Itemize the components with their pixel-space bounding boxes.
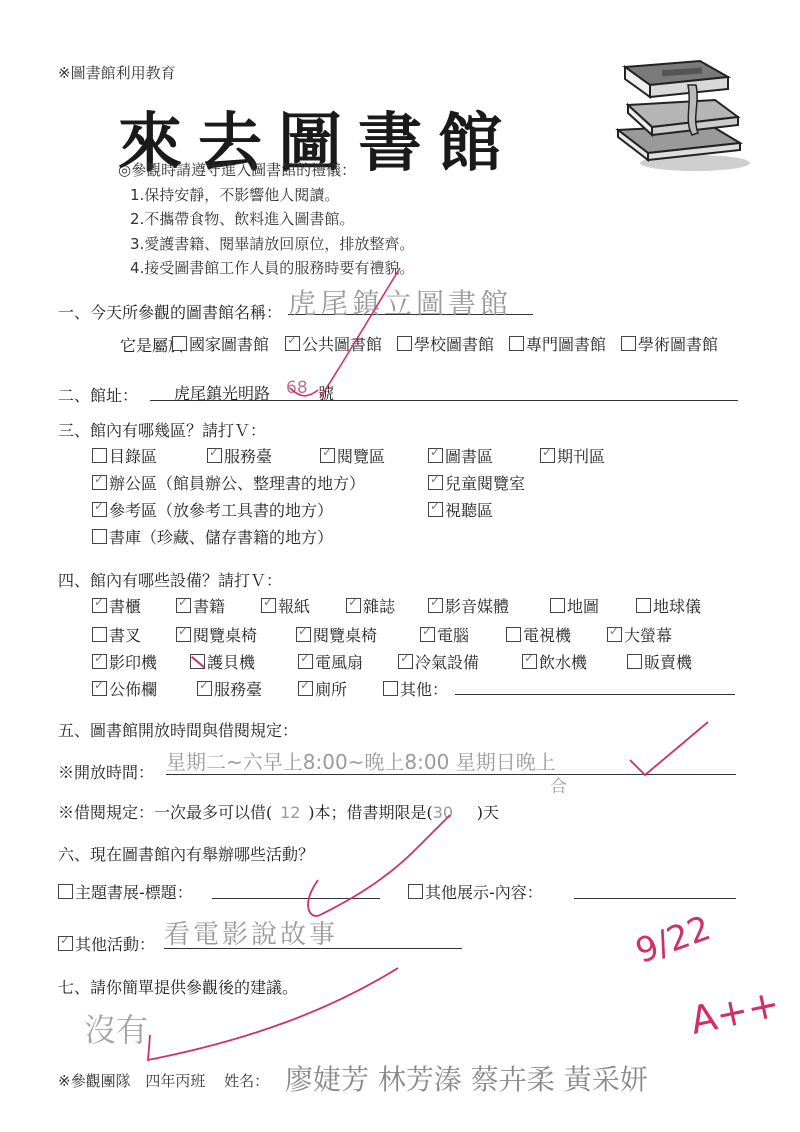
checkbox-checked[interactable] [428, 475, 443, 490]
q4-label: 四、館內有哪些設備？請打Ｖ： [58, 568, 282, 591]
checkbox-checked[interactable] [92, 502, 107, 517]
equip-maps[interactable]: 地圖 [550, 594, 599, 617]
loan-max-books-field[interactable]: 12 [272, 803, 308, 822]
checkbox-checked[interactable] [428, 448, 443, 463]
area-service-desk[interactable]: 服務臺 [207, 444, 272, 467]
equip-air-conditioning[interactable]: 冷氣設備 [398, 650, 479, 673]
equip-service-desk[interactable]: 服務臺 [197, 677, 262, 700]
equip-copier[interactable]: 影印機 [92, 650, 157, 673]
equip-media[interactable]: 影音媒體 [428, 594, 509, 617]
checkbox-checked[interactable] [207, 448, 222, 463]
suggestion-answer[interactable]: 沒有 [84, 1005, 148, 1051]
checkbox-checked[interactable] [398, 654, 413, 669]
type-national[interactable]: 國家圖書館 [172, 332, 269, 355]
checkbox-checked[interactable] [285, 336, 300, 351]
hours-correction: 合 [550, 772, 567, 797]
equip-restroom[interactable]: 廁所 [298, 677, 347, 700]
equip-tv[interactable]: 電視機 [506, 623, 571, 646]
theme-exhibit-field[interactable] [212, 880, 380, 899]
checkbox-checked[interactable] [428, 598, 443, 613]
checkbox[interactable] [636, 598, 651, 613]
checkbox-checked[interactable] [197, 681, 212, 696]
checkbox-checked[interactable] [298, 681, 313, 696]
hours-field[interactable]: 星期二~六早上8:00~晚上8:00 星期日晚上 [166, 746, 736, 775]
area-reading[interactable]: 閱覽區 [320, 444, 385, 467]
q6-label: 六、現在圖書館內有舉辦哪些活動？ [58, 842, 314, 865]
equip-water-dispenser[interactable]: 飲水機 [522, 650, 587, 673]
equip-fans[interactable]: 電風扇 [298, 650, 363, 673]
team-label: ※參觀團隊 [58, 1072, 131, 1090]
checkbox-checked[interactable] [92, 475, 107, 490]
rule-item: 4.接受圖書館工作人員的服務時要有禮貌。 [118, 256, 414, 281]
loan-rules: ※借閱規定：一次最多可以借(12)本；借書期限是(30)天 [58, 800, 499, 823]
address-number: 68 [286, 378, 308, 398]
equip-bulletin-board[interactable]: 公佈欄 [92, 677, 157, 700]
type-school[interactable]: 學校圖書館 [397, 332, 494, 355]
equip-other[interactable]: 其他： [383, 677, 448, 700]
equip-bookcase[interactable]: 書櫃 [92, 594, 141, 617]
checkbox-checked[interactable] [420, 627, 435, 642]
grading-date: 9/22 [630, 908, 715, 972]
type-academic[interactable]: 學術圖書館 [621, 332, 718, 355]
kicker-text: ※圖書館利用教育 [58, 62, 176, 83]
checkbox[interactable] [621, 336, 636, 351]
checkbox-checked[interactable] [176, 598, 191, 613]
type-special[interactable]: 專門圖書館 [509, 332, 606, 355]
checkbox-checked[interactable] [346, 598, 361, 613]
checkbox[interactable] [509, 336, 524, 351]
checkbox[interactable] [506, 627, 521, 642]
grade-mark: A++ [686, 981, 783, 1043]
checkbox[interactable] [383, 681, 398, 696]
checkbox-checked[interactable] [298, 654, 313, 669]
checkbox-checked[interactable] [92, 598, 107, 613]
rule-item: 2.不攜帶食物、飲料進入圖書館。 [118, 207, 414, 232]
other-activity-option[interactable]: 其他活動： [58, 932, 155, 955]
equip-reading-tables-1[interactable]: 閱覽桌椅 [176, 623, 257, 646]
class-name: 四年丙班 [145, 1072, 205, 1090]
team-info: ※參觀團隊 四年丙班 姓名： [58, 1070, 269, 1091]
checkbox-checked[interactable] [428, 502, 443, 517]
checkbox-checked[interactable] [261, 598, 276, 613]
checkbox-checked[interactable] [176, 627, 191, 642]
library-name-field[interactable]: 虎尾鎮立圖書館 [288, 282, 533, 315]
q1-label: 一、今天所參觀的圖書館名稱： [58, 300, 282, 323]
address-printed: 虎尾鎮光明路 [174, 381, 270, 404]
checkbox[interactable] [397, 336, 412, 351]
address-field[interactable]: 虎尾鎮光明路 68 號 [150, 380, 738, 401]
area-reference[interactable]: 參考區（放參考工具書的地方） [92, 498, 333, 521]
equip-vending-machine[interactable]: 販賣機 [627, 650, 692, 673]
rule-item: 1.保持安靜，不影響他人閱讀。 [118, 183, 414, 208]
equip-newspapers[interactable]: 報紙 [261, 594, 310, 617]
q5-label: 五、圖書館開放時間與借閱規定： [58, 718, 298, 741]
checkbox[interactable] [92, 529, 107, 544]
checkbox-checked[interactable] [540, 448, 555, 463]
equip-other-field[interactable] [455, 676, 735, 695]
equip-book-fork[interactable]: 書叉 [92, 623, 141, 646]
area-periodicals[interactable]: 期刊區 [540, 444, 605, 467]
equip-globe[interactable]: 地球儀 [636, 594, 701, 617]
equip-big-screen[interactable]: 大螢幕 [607, 623, 672, 646]
q2-label: 二、館址： [58, 383, 138, 406]
checkbox-checked[interactable] [296, 627, 311, 642]
checkbox[interactable] [627, 654, 642, 669]
equip-books[interactable]: 書籍 [176, 594, 225, 617]
checkbox[interactable] [58, 884, 73, 899]
checkbox-checked[interactable] [58, 936, 73, 951]
checkbox-checked[interactable] [92, 681, 107, 696]
stack-of-books-icon [600, 55, 760, 175]
checkbox[interactable] [408, 884, 423, 899]
area-stacks[interactable]: 書庫（珍藏、儲存書籍的地方） [92, 525, 333, 548]
loan-days-field[interactable]: 30 [433, 803, 477, 822]
area-office[interactable]: 辦公區（館員辦公、整理書的地方） [92, 471, 365, 494]
address-suffix: 號 [318, 381, 334, 404]
checkbox[interactable] [550, 598, 565, 613]
etiquette-heading: ◎參觀時請遵守進入圖書館的禮儀： [118, 158, 414, 183]
other-display-option[interactable]: 其他展示-內容： [408, 880, 543, 903]
area-children[interactable]: 兒童閱覽室 [428, 471, 525, 494]
checkbox-checked[interactable] [320, 448, 335, 463]
area-audiovisual[interactable]: 視聽區 [428, 498, 493, 521]
student-names[interactable]: 廖婕芳 林芳溱 蔡卉柔 黃采妍 [285, 1058, 648, 1098]
other-display-field[interactable] [574, 880, 736, 899]
equip-reading-tables-2[interactable]: 閱覽桌椅 [296, 623, 377, 646]
q7-label: 七、請你簡單提供參觀後的建議。 [58, 975, 298, 998]
equip-computers[interactable]: 電腦 [420, 623, 469, 646]
checkbox-checked[interactable] [607, 627, 622, 642]
q3-label: 三、館內有哪幾區？請打Ｖ： [58, 418, 266, 441]
hours-label: ※開放時間： [58, 760, 154, 783]
checkbox-checked[interactable] [522, 654, 537, 669]
name-label: 姓名： [224, 1072, 269, 1090]
area-catalog[interactable]: 目錄區 [92, 444, 157, 467]
checkbox[interactable] [172, 336, 187, 351]
checkbox[interactable] [92, 627, 107, 642]
checkbox-red-slash[interactable] [190, 654, 205, 669]
area-books[interactable]: 圖書區 [428, 444, 493, 467]
checkbox[interactable] [92, 448, 107, 463]
etiquette-rules: ◎參觀時請遵守進入圖書館的禮儀： 1.保持安靜，不影響他人閱讀。 2.不攜帶食物… [118, 158, 414, 281]
rule-item: 3.愛護書籍、閱畢請放回原位，排放整齊。 [118, 232, 414, 257]
checkbox-checked[interactable] [92, 654, 107, 669]
equip-magazines[interactable]: 雜誌 [346, 594, 395, 617]
equip-laminator[interactable]: 護貝機 [190, 650, 255, 673]
other-activity-field[interactable]: 看電影說故事 [164, 914, 462, 949]
theme-exhibit-option[interactable]: 主題書展-標題： [58, 880, 193, 903]
type-public[interactable]: 公共圖書館 [285, 332, 382, 355]
